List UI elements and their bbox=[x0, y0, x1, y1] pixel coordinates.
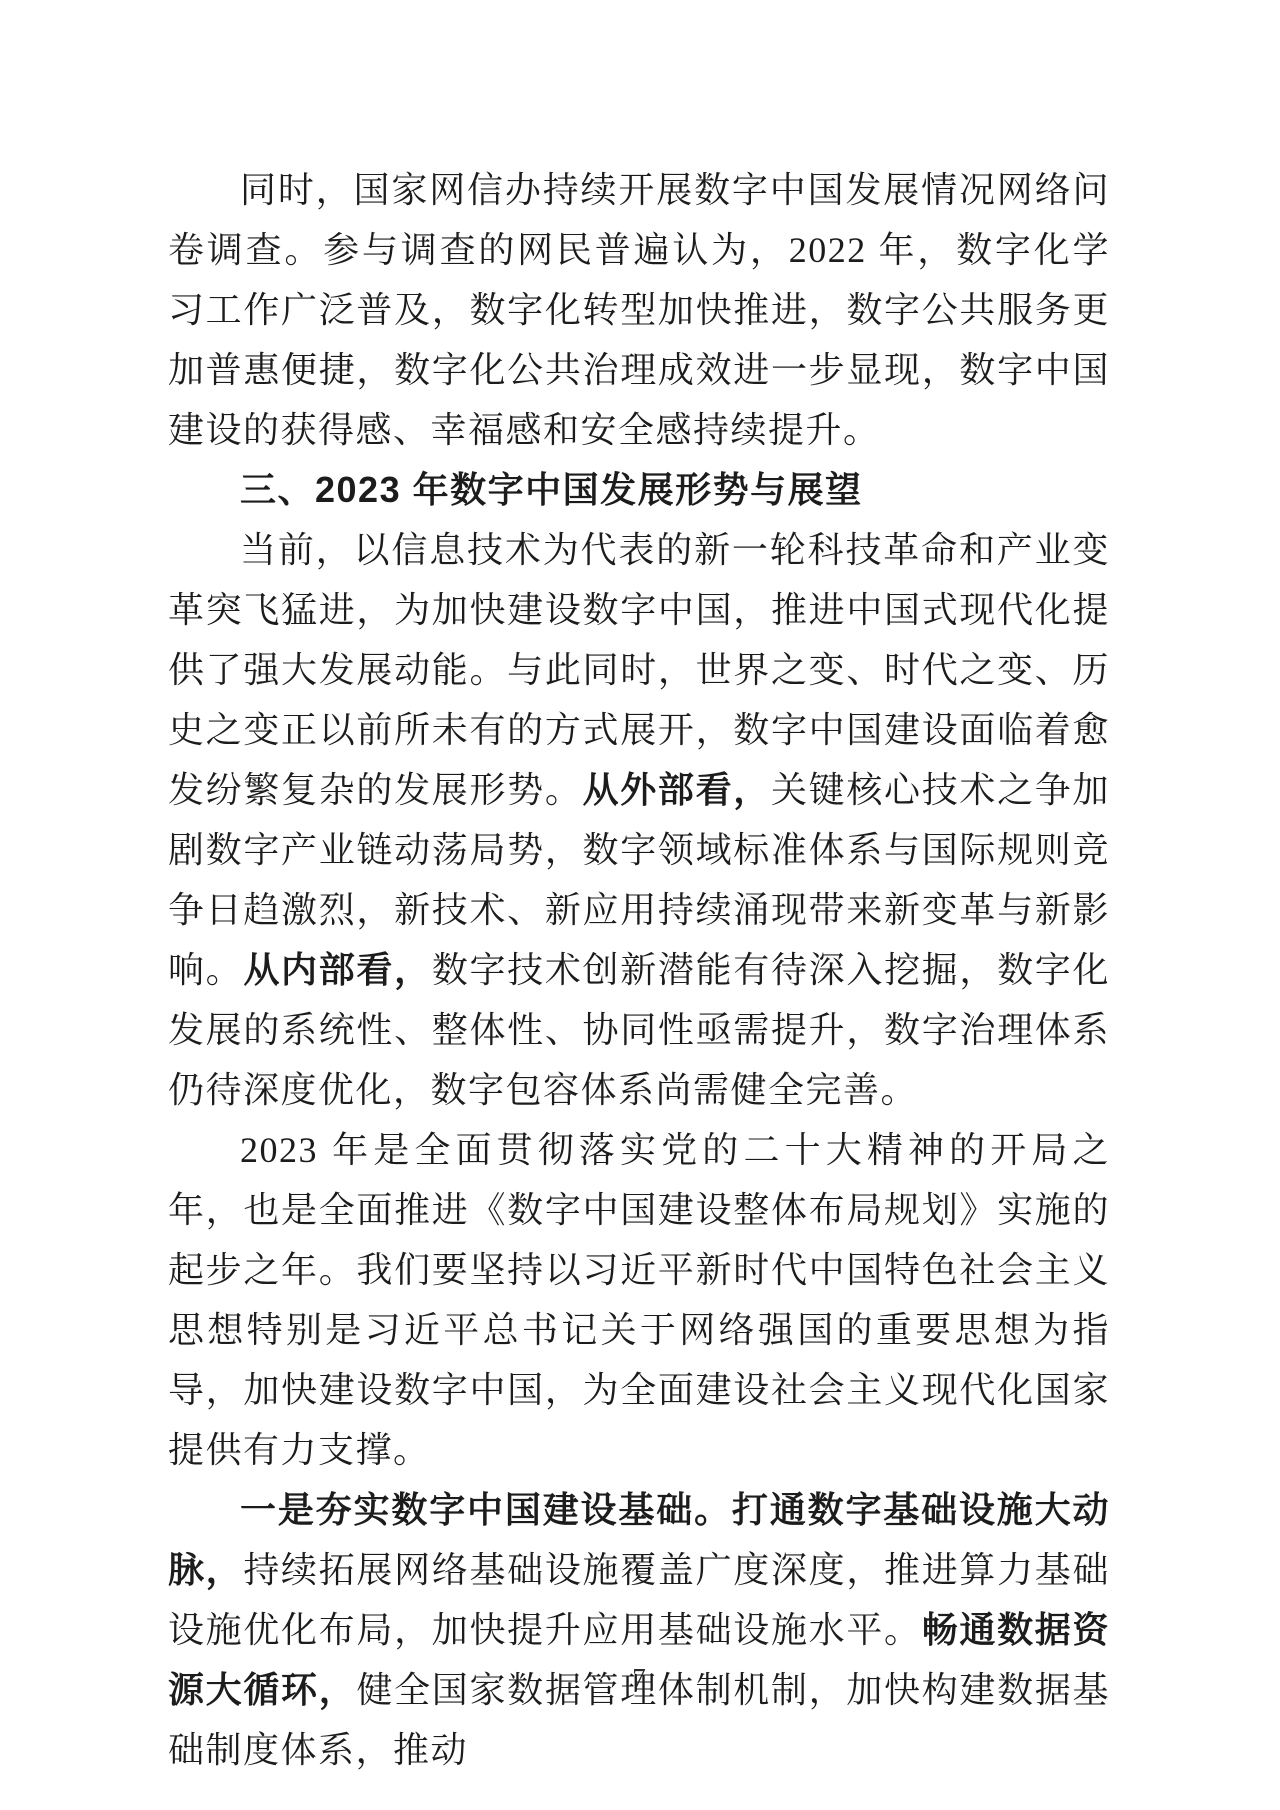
emphasis-text: 从内部看， bbox=[243, 949, 431, 990]
document-body: 同时，国家网信办持续开展数字中国发展情况网络问卷调查。参与调查的网民普遍认为，2… bbox=[168, 160, 1110, 1780]
body-text: 当前，以信息技术为代表的新一轮科技革命和产业变革突飞猛进，为加快建设数字中国，推… bbox=[168, 530, 1110, 810]
emphasis-text: 从外部看， bbox=[583, 769, 771, 810]
paragraph: 当前，以信息技术为代表的新一轮科技革命和产业变革突飞猛进，为加快建设数字中国，推… bbox=[168, 520, 1110, 1120]
page-number: 7 bbox=[168, 1660, 1110, 1696]
body-text: 同时，国家网信办持续开展数字中国发展情况网络问卷调查。参与调查的网民普遍认为，2… bbox=[168, 170, 1110, 450]
body-text: 2023 年是全面贯彻落实党的二十大精神的开局之年，也是全面推进《数字中国建设整… bbox=[168, 1130, 1110, 1470]
paragraph: 一是夯实数字中国建设基础。打通数字基础设施大动脉，持续拓展网络基础设施覆盖广度深… bbox=[168, 1480, 1110, 1780]
paragraph: 同时，国家网信办持续开展数字中国发展情况网络问卷调查。参与调查的网民普遍认为，2… bbox=[168, 160, 1110, 460]
emphasis-text: 三、2023 年数字中国发展形势与展望 bbox=[240, 469, 863, 510]
paragraph: 2023 年是全面贯彻落实党的二十大精神的开局之年，也是全面推进《数字中国建设整… bbox=[168, 1120, 1110, 1480]
document-page: 同时，国家网信办持续开展数字中国发展情况网络问卷调查。参与调查的网民普遍认为，2… bbox=[0, 0, 1280, 1810]
section-heading: 三、2023 年数字中国发展形势与展望 bbox=[168, 460, 1110, 520]
